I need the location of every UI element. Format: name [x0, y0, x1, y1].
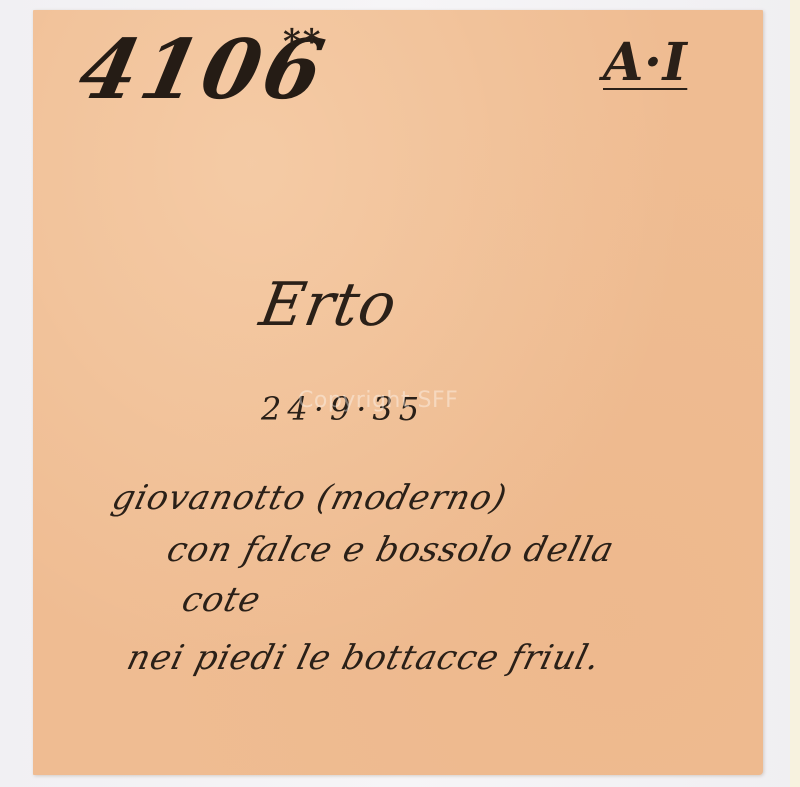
catalog-marks: **	[283, 22, 323, 62]
copyright-watermark: Copyright SFF	[298, 388, 458, 413]
description-line: giovanotto (moderno)	[108, 478, 511, 518]
place-name: Erto	[255, 270, 402, 340]
description-line: nei piedi le bottacce friul.	[123, 638, 605, 678]
description-line: cote	[178, 580, 265, 620]
scan-background: 4106 ** A·I Erto 24·9·35 giovanotto (mod…	[0, 0, 800, 787]
description-line: con falce e bossolo della	[163, 530, 618, 570]
archival-card: 4106 ** A·I Erto 24·9·35 giovanotto (mod…	[33, 10, 763, 775]
underlying-sheet-edge	[790, 0, 800, 787]
shelf-mark: A·I	[603, 32, 687, 93]
